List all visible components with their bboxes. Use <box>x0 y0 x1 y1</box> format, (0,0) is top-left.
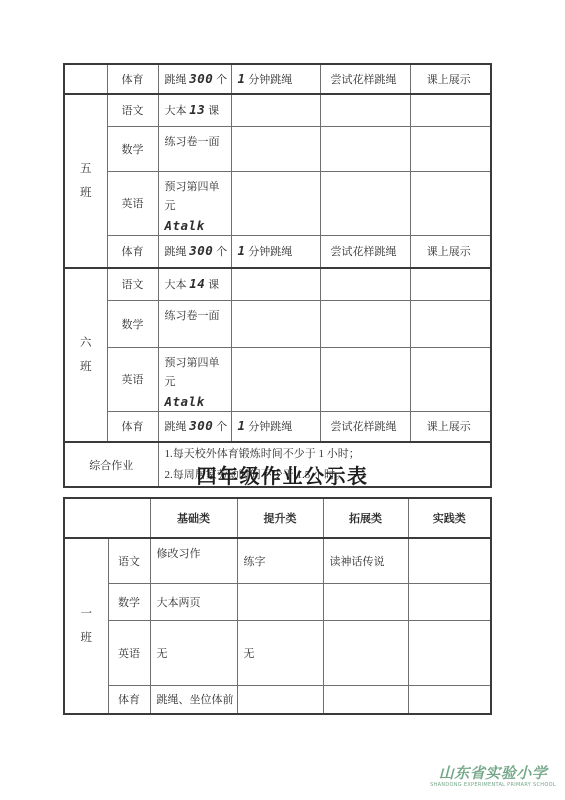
cell-assignment-basic: 预习第四单元 Atalk <box>158 171 231 235</box>
cell-assignment-improve: 练字 <box>237 538 323 583</box>
assignment-text: 课 <box>205 105 219 117</box>
cell-empty <box>410 171 491 235</box>
handwritten-number: 300 <box>189 243 213 258</box>
cell-empty <box>320 126 410 171</box>
cell-assignment-practice <box>408 538 491 583</box>
assignment-text: 分钟跳绳 <box>246 74 293 86</box>
handwritten-number: 1 <box>238 243 246 258</box>
cell-subject: 英语 <box>107 347 158 411</box>
cell-assignment-basic: 预习第四单元 Atalk <box>158 347 231 411</box>
assignment-text: 分钟跳绳 <box>246 246 293 258</box>
cell-subject: 英语 <box>108 620 150 685</box>
handwritten-number: 300 <box>189 71 213 86</box>
cell-empty <box>410 300 491 347</box>
cell-assignment-expand <box>323 685 408 714</box>
cell-assignment-expand <box>323 583 408 620</box>
cell-empty <box>320 300 410 347</box>
table-row: 五班 语文 大本 13 课 <box>64 94 491 126</box>
cell-assignment-expand: 读神话传说 <box>323 538 408 583</box>
handwritten-number: 300 <box>189 418 213 433</box>
cell-assignment-expand: 尝试花样跳绳 <box>320 235 410 268</box>
cell-assignment-basic: 跳绳 300 个 <box>158 411 231 442</box>
cell-header-expand: 拓展类 <box>323 498 408 538</box>
cell-assignment-basic: 无 <box>150 620 237 685</box>
cell-assignment-improve: 1 分钟跳绳 <box>231 235 320 268</box>
table-row: 体育 跳绳、坐位体前 <box>64 685 491 714</box>
table-row: 体育 跳绳 300 个 1 分钟跳绳 尝试花样跳绳 课上展示 <box>64 64 491 94</box>
cell-assignment-practice: 课上展示 <box>410 411 491 442</box>
cell-assignment-practice <box>408 685 491 714</box>
cell-header-improve: 提升类 <box>237 498 323 538</box>
assignment-text: 大本 <box>165 105 190 117</box>
school-logo: 山东省实验小学 SHANDONG EXPERIMENTAL PRIMARY SC… <box>423 765 563 788</box>
cell-subject: 数学 <box>107 300 158 347</box>
cell-subject: 数学 <box>108 583 150 620</box>
page-title: 四年级作业公示表 <box>0 460 565 489</box>
cell-empty <box>410 268 491 300</box>
cell-assignment-basic: 大本 14 课 <box>158 268 231 300</box>
cell-assignment-basic: 跳绳 300 个 <box>158 64 231 94</box>
assignment-text: 课 <box>205 279 219 291</box>
table-row: 数学 练习卷一面 <box>64 300 491 347</box>
cell-assignment-practice: 课上展示 <box>410 235 491 268</box>
cell-empty <box>320 171 410 235</box>
table-row: 英语 预习第四单元 Atalk <box>64 171 491 235</box>
class-label-vertical: 五班 <box>78 157 93 205</box>
handwritten-number: 14 <box>189 276 205 291</box>
assignment-text: 预习第四单元 <box>165 178 228 216</box>
cell-assignment-improve <box>237 685 323 714</box>
handwritten-number: 13 <box>189 102 205 117</box>
cell-empty <box>231 171 320 235</box>
table-row: 英语 预习第四单元 Atalk <box>64 347 491 411</box>
cell-subject: 体育 <box>108 685 150 714</box>
cell-assignment-practice: 课上展示 <box>410 64 491 94</box>
cell-empty <box>320 94 410 126</box>
cell-subject: 体育 <box>107 411 158 442</box>
cell-empty <box>320 347 410 411</box>
cell-assignment-practice <box>408 620 491 685</box>
cell-header-practice: 实践类 <box>408 498 491 538</box>
cell-assignment-expand <box>323 620 408 685</box>
table-row: 体育 跳绳 300 个 1 分钟跳绳 尝试花样跳绳 课上展示 <box>64 411 491 442</box>
handwritten-text: Atalk <box>165 216 228 235</box>
cell-assignment-basic: 大本两页 <box>150 583 237 620</box>
table-header-row: 基础类 提升类 拓展类 实践类 <box>64 498 491 538</box>
table-row: 英语 无 无 <box>64 620 491 685</box>
table-row: 体育 跳绳 300 个 1 分钟跳绳 尝试花样跳绳 课上展示 <box>64 235 491 268</box>
assignment-text: 预习第四单元 <box>165 354 228 392</box>
table-row: 数学 大本两页 <box>64 583 491 620</box>
cell-empty <box>410 347 491 411</box>
cell-class-label-1: 一班 <box>64 538 108 714</box>
cell-assignment-improve <box>237 583 323 620</box>
school-logo-cn: 山东省实验小学 <box>423 765 563 781</box>
handwritten-text: Atalk <box>165 392 228 411</box>
cell-subject: 体育 <box>107 235 158 268</box>
homework-table-upper: 体育 跳绳 300 个 1 分钟跳绳 尝试花样跳绳 课上展示 五班 语文 大本 … <box>63 63 492 488</box>
cell-assignment-basic: 练习卷一面 <box>158 300 231 347</box>
class-label-vertical: 六班 <box>78 331 93 379</box>
cell-assignment-expand: 尝试花样跳绳 <box>320 64 410 94</box>
assignment-text: 个 <box>213 421 227 433</box>
assignment-text: 个 <box>213 74 227 86</box>
cell-assignment-basic: 跳绳、坐位体前 <box>150 685 237 714</box>
assignment-text: 个 <box>213 246 227 258</box>
cell-assignment-basic: 跳绳 300 个 <box>158 235 231 268</box>
assignment-text: 跳绳 <box>165 421 190 433</box>
cell-assignment-basic: 大本 13 课 <box>158 94 231 126</box>
cell-class-label-5: 五班 <box>64 94 107 268</box>
cell-empty <box>231 94 320 126</box>
cell-empty <box>231 268 320 300</box>
cell-empty <box>231 126 320 171</box>
table-row: 数学 练习卷一面 <box>64 126 491 171</box>
cell-assignment-practice <box>408 583 491 620</box>
assignment-text: 跳绳 <box>165 74 190 86</box>
homework-table-lower: 基础类 提升类 拓展类 实践类 一班 语文 修改习作 练字 读神话传说 数学 大… <box>63 497 492 715</box>
cell-empty <box>231 347 320 411</box>
cell-subject: 语文 <box>107 94 158 126</box>
cell-header-basic: 基础类 <box>150 498 237 538</box>
cell-empty <box>320 268 410 300</box>
cell-subject: 体育 <box>107 64 158 94</box>
cell-subject: 语文 <box>107 268 158 300</box>
cell-assignment-basic: 修改习作 <box>150 538 237 583</box>
cell-corner-empty <box>64 498 150 538</box>
document-page: 体育 跳绳 300 个 1 分钟跳绳 尝试花样跳绳 课上展示 五班 语文 大本 … <box>0 0 565 800</box>
cell-class-label-6: 六班 <box>64 268 107 442</box>
cell-empty <box>231 300 320 347</box>
table-row: 六班 语文 大本 14 课 <box>64 268 491 300</box>
cell-subject: 数学 <box>107 126 158 171</box>
cell-empty <box>410 126 491 171</box>
cell-subject: 语文 <box>108 538 150 583</box>
cell-assignment-expand: 尝试花样跳绳 <box>320 411 410 442</box>
assignment-text: 分钟跳绳 <box>246 421 293 433</box>
cell-empty <box>410 94 491 126</box>
cell-class-empty <box>64 64 107 94</box>
school-logo-en: SHANDONG EXPERIMENTAL PRIMARY SCHOOL <box>423 782 563 788</box>
handwritten-number: 1 <box>238 71 246 86</box>
assignment-text: 大本 <box>165 279 190 291</box>
cell-assignment-improve: 1 分钟跳绳 <box>231 64 320 94</box>
cell-assignment-improve: 无 <box>237 620 323 685</box>
handwritten-number: 1 <box>238 418 246 433</box>
cell-assignment-basic: 练习卷一面 <box>158 126 231 171</box>
table-row: 一班 语文 修改习作 练字 读神话传说 <box>64 538 491 583</box>
cell-subject: 英语 <box>107 171 158 235</box>
assignment-text: 跳绳 <box>165 246 190 258</box>
cell-assignment-improve: 1 分钟跳绳 <box>231 411 320 442</box>
class-label-vertical: 一班 <box>79 602 94 650</box>
